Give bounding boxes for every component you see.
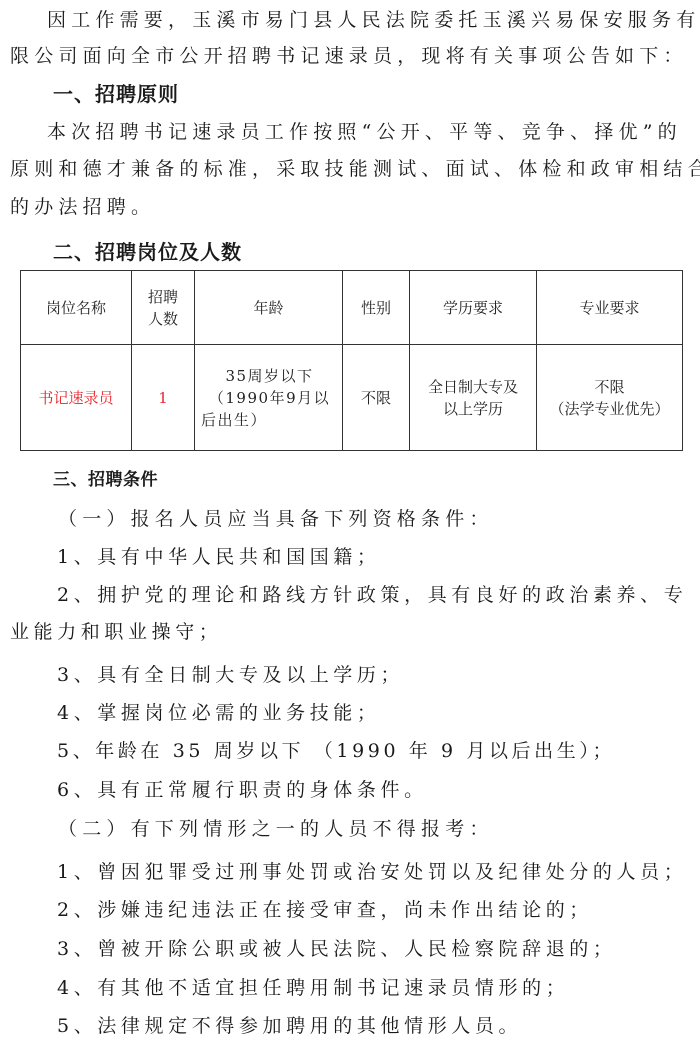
sub1-item-3: 3、具有全日制大专及以上学历； bbox=[0, 663, 700, 687]
sub1-item-5: 5、年龄在 35 周岁以下 （1990 年 9 月以后出生）； bbox=[0, 739, 700, 763]
intro-line-2: 限公司面向全市公开招聘书记速录员，现将有关事项公告如下： bbox=[0, 44, 700, 68]
sub1-title: （一）报名人员应当具备下列资格条件： bbox=[0, 507, 700, 531]
sub1-item-6: 6、具有正常履行职责的身体条件。 bbox=[0, 778, 700, 802]
header-major: 专业要求 bbox=[537, 271, 683, 345]
cell-position: 书记速录员 bbox=[21, 345, 132, 451]
cell-gender: 不限 bbox=[343, 345, 410, 451]
sub1-item-4: 4、掌握岗位必需的业务技能； bbox=[0, 701, 700, 725]
cell-education-line2: 以上学历 bbox=[414, 398, 532, 420]
sub2-item-5: 5、法律规定不得参加聘用的其他情形人员。 bbox=[0, 1014, 700, 1038]
sub1-item-2: 2、拥护党的理论和路线方针政策，具有良好的政治素养、专 bbox=[0, 583, 700, 607]
sub1-item-2-cont: 业能力和职业操守； bbox=[0, 620, 700, 644]
cell-age: 35周岁以下（1990年9月以后出生） bbox=[195, 345, 343, 451]
header-education: 学历要求 bbox=[410, 271, 537, 345]
sub2-item-3: 3、曾被开除公职或被人民法院、人民检察院辞退的； bbox=[0, 937, 700, 961]
section2-heading: 二、招聘岗位及人数 bbox=[0, 240, 700, 264]
table-row: 书记速录员 1 35周岁以下（1990年9月以后出生） 不限 全日制大专及 以上… bbox=[21, 345, 683, 451]
cell-education: 全日制大专及 以上学历 bbox=[410, 345, 537, 451]
sub2-item-4: 4、有其他不适宜担任聘用制书记速录员情形的； bbox=[0, 976, 700, 1000]
section1-line-1: 本次招聘书记速录员工作按照“公开、平等、竞争、择优”的 bbox=[0, 120, 700, 144]
cell-major: 不限 （法学专业优先） bbox=[537, 345, 683, 451]
header-count-line2: 人数 bbox=[136, 308, 190, 330]
cell-education-line1: 全日制大专及 bbox=[414, 376, 532, 398]
header-age: 年龄 bbox=[195, 271, 343, 345]
header-count: 招聘 人数 bbox=[132, 271, 195, 345]
cell-major-line1: 不限 bbox=[541, 376, 678, 398]
section1-line-2: 原则和德才兼备的标准，采取技能测试、面试、体检和政审相结合 bbox=[0, 157, 700, 181]
cell-count: 1 bbox=[132, 345, 195, 451]
positions-table: 岗位名称 招聘 人数 年龄 性别 学历要求 专业要求 书记速录员 1 35周岁以… bbox=[20, 270, 683, 451]
sub1-item-1: 1、具有中华人民共和国国籍； bbox=[0, 545, 700, 569]
section3-heading: 三、招聘条件 bbox=[0, 468, 700, 492]
cell-major-line2: （法学专业优先） bbox=[541, 398, 678, 420]
sub2-title: （二）有下列情形之一的人员不得报考： bbox=[0, 817, 700, 841]
intro-line-1: 因工作需要，玉溪市易门县人民法院委托玉溪兴易保安服务有 bbox=[0, 8, 700, 32]
sub2-item-2: 2、涉嫌违纪违法正在接受审查，尚未作出结论的； bbox=[0, 898, 700, 922]
table-header-row: 岗位名称 招聘 人数 年龄 性别 学历要求 专业要求 bbox=[21, 271, 683, 345]
header-gender: 性别 bbox=[343, 271, 410, 345]
section1-heading: 一、招聘原则 bbox=[0, 82, 700, 106]
header-position: 岗位名称 bbox=[21, 271, 132, 345]
header-count-line1: 招聘 bbox=[136, 286, 190, 308]
section1-line-3: 的办法招聘。 bbox=[0, 195, 700, 219]
sub2-item-1: 1、曾因犯罪受过刑事处罚或治安处罚以及纪律处分的人员； bbox=[0, 860, 700, 884]
